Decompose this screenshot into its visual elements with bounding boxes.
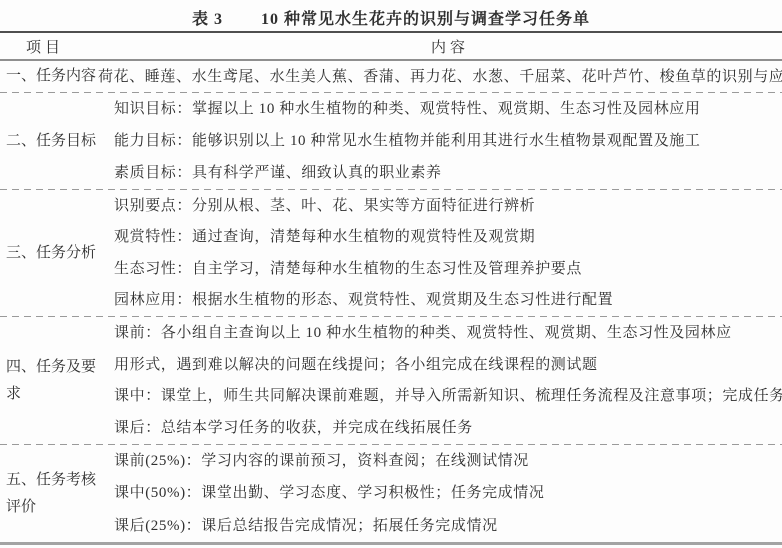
content-line: 课中(50%)：课堂出勤、学习态度、学习积极性；任务完成情况 [114,484,782,502]
row-content: 课前：各小组自主查询以上 10 种水生植物的种类、观赏特性、观赏期、生态习性及园… [114,317,782,444]
header-cell-item: 项目 [0,36,118,57]
table-row-task-assessment: 五、任务考核评价 课前(25%)：学习内容的课前预习，资料查阅；在线测试情况 课… [0,445,782,542]
table-row-task-content: 一、任务内容 荷花、睡莲、水生鸢尾、水生美人蕉、香蒲、再力花、水葱、千屈菜、花叶… [0,61,782,92]
table-row-task-goals: 二、任务目标 知识目标：掌握以上 10 种水生植物的种类、观赏特性、观赏期、生态… [0,93,782,189]
content-line: 用形式，遇到难以解决的问题在线提问；各小组完成在线课程的测试题 [114,356,782,374]
row-label: 四、任务及要求 [0,354,98,408]
table-header-row: 项目 内容 [0,33,782,61]
content-line: 观赏特性：通过查询，清楚每种水生植物的观赏特性及观赏期 [114,228,782,246]
task-table: 项目 内容 一、任务内容 荷花、睡莲、水生鸢尾、水生美人蕉、香蒲、再力花、水葱、… [0,31,782,545]
table-caption: 表 3 10 种常见水生花卉的识别与调查学习任务单 [0,0,782,31]
row-content: 知识目标：掌握以上 10 种水生植物的种类、观赏特性、观赏期、生态习性及园林应用… [114,93,782,189]
row-label: 三、任务分析 [0,240,98,267]
content-line: 课后(25%)：课后总结报告完成情况；拓展任务完成情况 [114,517,782,535]
content-line: 生态习性：自主学习，清楚每种水生植物的生态习性及管理养护要点 [114,260,782,278]
table-title: 10 种常见水生花卉的识别与调查学习任务单 [261,6,590,29]
content-line: 荷花、睡莲、水生鸢尾、水生美人蕉、香蒲、再力花、水葱、千屈菜、花叶芦竹、梭鱼草的… [98,68,782,86]
table-row-task-requirements: 四、任务及要求 课前：各小组自主查询以上 10 种水生植物的种类、观赏特性、观赏… [0,317,782,444]
row-label: 五、任务考核评价 [0,467,98,521]
row-label: 一、任务内容 [0,63,98,90]
row-content: 识别要点：分别从根、茎、叶、花、果实等方面特征进行辨析 观赏特性：通过查询，清楚… [114,190,782,316]
document-page: 表 3 10 种常见水生花卉的识别与调查学习任务单 项目 内容 一、任务内容 荷… [0,0,782,548]
table-row-task-analysis: 三、任务分析 识别要点：分别从根、茎、叶、花、果实等方面特征进行辨析 观赏特性：… [0,190,782,316]
header-cell-content: 内容 [118,36,782,57]
row-label: 二、任务目标 [0,128,98,155]
content-line: 课后：总结本学习任务的收获，并完成在线拓展任务 [114,419,782,437]
content-line: 知识目标：掌握以上 10 种水生植物的种类、观赏特性、观赏期、生态习性及园林应用 [114,100,782,118]
content-line: 课中：课堂上，师生共同解决课前难题，并导入所需新知识、梳理任务流程及注意事项；完… [114,387,782,405]
content-line: 识别要点：分别从根、茎、叶、花、果实等方面特征进行辨析 [114,197,782,215]
content-line: 能力目标：能够识别以上 10 种常见水生植物并能利用其进行水生植物景观配置及施工 [114,132,782,150]
table-number: 表 3 [192,6,223,29]
row-content: 荷花、睡莲、水生鸢尾、水生美人蕉、香蒲、再力花、水葱、千屈菜、花叶芦竹、梭鱼草的… [98,61,782,92]
content-line: 课前(25%)：学习内容的课前预习，资料查阅；在线测试情况 [114,452,782,470]
row-content: 课前(25%)：学习内容的课前预习，资料查阅；在线测试情况 课中(50%)：课堂… [114,445,782,542]
content-line: 素质目标：具有科学严谨、细致认真的职业素养 [114,164,782,182]
content-line: 课前：各小组自主查询以上 10 种水生植物的种类、观赏特性、观赏期、生态习性及园… [114,324,782,342]
content-line: 园林应用：根据水生植物的形态、观赏特性、观赏期及生态习性进行配置 [114,291,782,309]
